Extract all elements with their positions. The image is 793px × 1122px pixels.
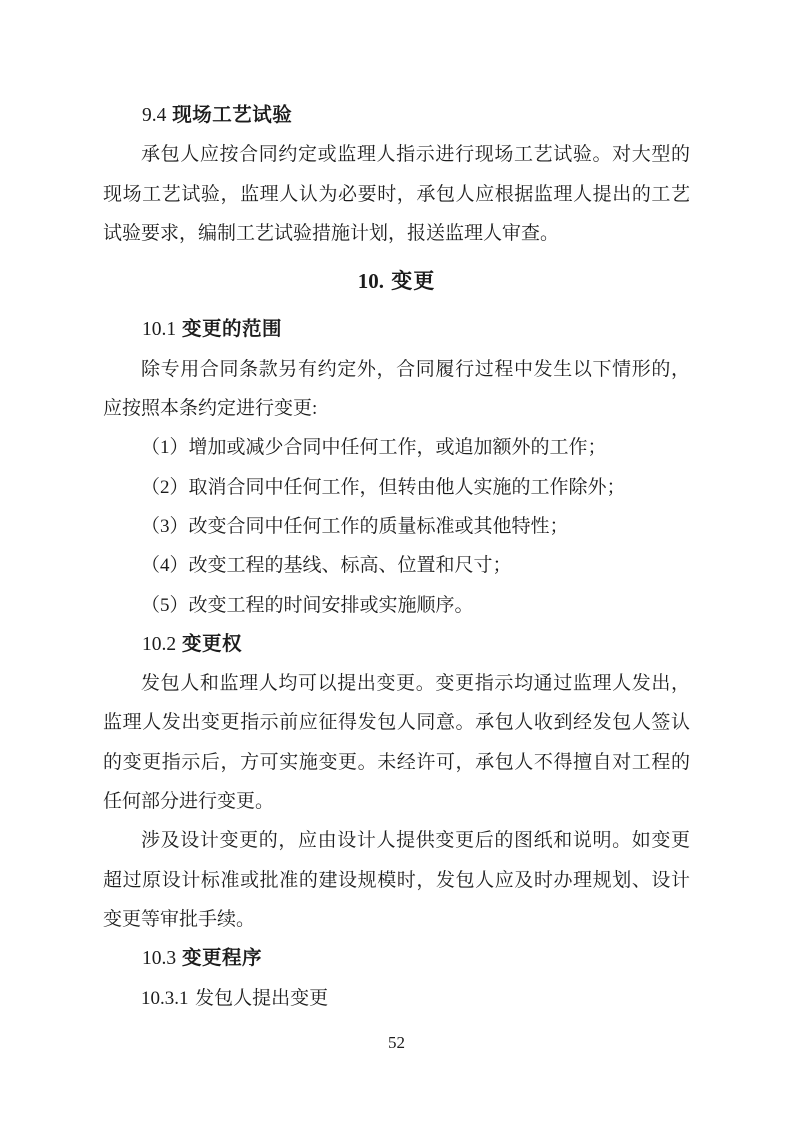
paragraph-variation-right-2: 涉及设计变更的，应由设计人提供变更后的图纸和说明。如变更超过原设计标准或批准的建… [103,821,690,939]
subsection-title: 发包人提出变更 [195,988,328,1009]
section-title: 变更权 [182,633,242,655]
clause-item-1: （1）增加或减少合同中任何工作，或追加额外的工作； [103,428,690,467]
section-title: 现场工艺试验 [172,104,292,126]
section-heading-10-1: 10.1变更的范围 [103,310,690,349]
clause-item-2: （2）取消合同中任何工作，但转由他人实施的工作除外； [103,468,690,507]
subsection-heading-10-3-1: 10.3.1发包人提出变更 [103,979,690,1018]
paragraph-variation-scope-intro: 除专用合同条款另有约定外，合同履行过程中发生以下情形的，应按照本条约定进行变更: [103,350,690,429]
page-number: 52 [0,1033,793,1053]
section-number: 10.3 [142,948,176,969]
chapter-number: 10. [358,269,384,293]
clause-item-3: （3）改变合同中任何工作的质量标准或其他特性； [103,507,690,546]
chapter-heading-10: 10.变更 [103,262,690,301]
subsection-number: 10.3.1 [141,988,189,1009]
section-number: 10.1 [142,319,176,340]
section-number: 10.2 [142,634,176,655]
document-page: 9.4现场工艺试验 承包人应按合同约定或监理人指示进行现场工艺试验。对大型的现场… [0,0,793,1122]
section-number: 9.4 [142,105,166,126]
paragraph-site-process-test: 承包人应按合同约定或监理人指示进行现场工艺试验。对大型的现场工艺试验，监理人认为… [103,135,690,253]
chapter-title: 变更 [391,270,435,293]
paragraph-variation-right-1: 发包人和监理人均可以提出变更。变更指示均通过监理人发出，监理人发出变更指示前应征… [103,664,690,821]
section-title: 变更的范围 [182,318,282,340]
section-heading-9-4: 9.4现场工艺试验 [103,96,690,135]
section-title: 变更程序 [182,947,262,969]
section-heading-10-3: 10.3变更程序 [103,939,690,978]
clause-item-4: （4）改变工程的基线、标高、位置和尺寸； [103,546,690,585]
section-heading-10-2: 10.2变更权 [103,625,690,664]
clause-item-5: （5）改变工程的时间安排或实施顺序。 [103,586,690,625]
